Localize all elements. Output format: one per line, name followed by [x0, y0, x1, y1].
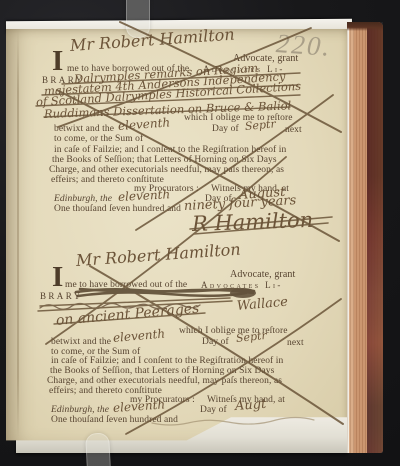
form2-dropcap: I [52, 263, 63, 292]
form2-borrowed-line: me to have borrowed out of the [65, 280, 187, 290]
form1-dropcap: I [52, 47, 63, 76]
book-fore-edge [347, 22, 383, 453]
form1-year-printed: One thouſand ſeven hundred and [54, 204, 181, 214]
form1-signature: R Hamilton [192, 208, 314, 236]
form1-betwixt-label: betwixt and the [54, 124, 114, 134]
form2-library-caps: Advocates Li- [201, 280, 283, 290]
form1-failzie-line3: Charge, and other executorials needful, … [49, 165, 284, 175]
cover-top-edge [347, 22, 383, 31]
form1-oblige-line: which I oblige me to reſtore [184, 113, 293, 123]
form2-next-label: next [287, 338, 304, 348]
form2-year-printed: One thouſand ſeven hundred and [51, 415, 178, 425]
gutter-crease [17, 30, 19, 438]
form2-signed-month: Augt [234, 397, 266, 414]
form1-return-month: Septr [244, 117, 276, 133]
marbled-cover-edge [367, 22, 383, 453]
form1-edinburgh-label: Edinburgh, the [54, 194, 112, 204]
book-strap-bottom [85, 432, 111, 466]
form1-signed-day: eleventh [118, 187, 171, 204]
form2-brary: BRARY [40, 291, 83, 301]
form1-failzie-line1: in caſe of Failzie; and I conſent to the… [54, 145, 286, 155]
form2-betwixt-label: betwixt and the [51, 337, 111, 347]
form1-failzie-line2: the Books of Seſſion; that Letters of Ho… [52, 155, 277, 165]
form1-next-label: next [285, 125, 302, 135]
form1-sum-line: to come, or the Sum of [54, 134, 143, 144]
form2-failzie-line3: Charge, and other executorials needful, … [47, 376, 282, 386]
form1-day-of-1: Day of [212, 124, 239, 134]
form2-oblige-line: which I oblige me to reſtore [179, 326, 288, 336]
form2-advocate-grant: Advocate, grant [230, 269, 295, 280]
form2-day-of-1: Day of [202, 337, 229, 347]
form2-failzie-line2: the Books of Seſſion, that Letters of Ho… [50, 366, 274, 376]
photographed-book-page: 220. I Mr Robert Hamilton Advocate, gran… [0, 0, 400, 466]
form2-failzie-line1: in caſe of Failzie; and I conſent to the… [51, 356, 283, 366]
form2-edinburgh-label: Edinburgh, the [51, 405, 109, 415]
form2-day-of-2: Day of [200, 405, 227, 415]
